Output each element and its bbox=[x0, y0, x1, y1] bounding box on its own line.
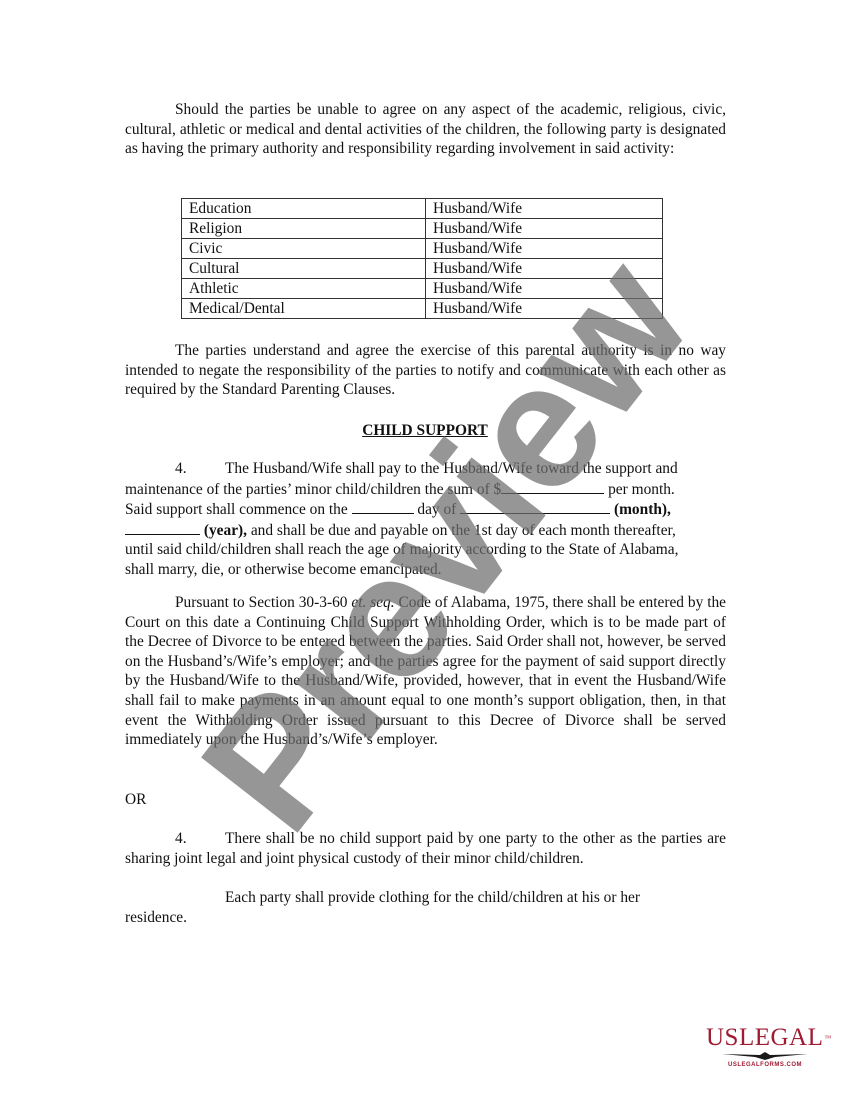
month-blank-field[interactable] bbox=[460, 499, 610, 514]
support-line-text: Said support shall commence on the bbox=[125, 501, 352, 518]
amount-blank-field[interactable] bbox=[501, 479, 604, 494]
logo-url: USLEGALFORMS.COM bbox=[706, 1061, 824, 1069]
day-blank-field[interactable] bbox=[352, 499, 414, 514]
et-seq-italic: et. seq. bbox=[351, 594, 394, 611]
logo-brand-text: USLEGAL™ bbox=[706, 1025, 824, 1051]
table-row: Medical/DentalHusband/Wife bbox=[182, 299, 663, 319]
clothing-paragraph: Each party shall provide clothing for th… bbox=[125, 888, 685, 927]
table-row: AthleticHusband/Wife bbox=[182, 279, 663, 299]
activity-cell: Education bbox=[182, 199, 426, 219]
trademark-symbol: ™ bbox=[824, 1034, 831, 1042]
party-cell: Husband/Wife bbox=[426, 199, 663, 219]
year-blank-field[interactable] bbox=[125, 520, 200, 535]
document-page: Should the parties be unable to agree on… bbox=[0, 0, 850, 1100]
activity-cell: Medical/Dental bbox=[182, 299, 426, 319]
logo-brand: USLEGAL bbox=[706, 1024, 823, 1051]
section-heading-child-support: CHILD SUPPORT bbox=[0, 421, 850, 441]
party-cell: Husband/Wife bbox=[426, 279, 663, 299]
or-separator: OR bbox=[125, 790, 146, 810]
table-row: ReligionHusband/Wife bbox=[182, 219, 663, 239]
party-cell: Husband/Wife bbox=[426, 259, 663, 279]
no-support-paragraph: 4.There shall be no child support paid b… bbox=[125, 829, 726, 868]
intro-paragraph: Should the parties be unable to agree on… bbox=[125, 100, 726, 159]
party-cell: Husband/Wife bbox=[426, 219, 663, 239]
authority-paragraph: The parties understand and agree the exe… bbox=[125, 341, 726, 400]
support-paragraph: 4.The Husband/Wife shall pay to the Husb… bbox=[125, 459, 743, 580]
activity-cell: Cultural bbox=[182, 259, 426, 279]
support-line-text: and shall be due and payable on the 1st … bbox=[247, 522, 676, 539]
month-label: (month), bbox=[610, 501, 671, 518]
support-line-text: until said child/children shall reach th… bbox=[125, 540, 743, 560]
activity-authority-table: EducationHusband/WifeReligionHusband/Wif… bbox=[181, 198, 663, 319]
withholding-text: Code of Alabama, 1975, there shall be en… bbox=[125, 594, 726, 748]
uslegal-logo[interactable]: USLEGAL™ USLEGALFORMS.COM bbox=[706, 1025, 824, 1069]
table-row: CulturalHusband/Wife bbox=[182, 259, 663, 279]
party-cell: Husband/Wife bbox=[426, 299, 663, 319]
support-line-text: maintenance of the parties’ minor child/… bbox=[125, 481, 501, 498]
withholding-text: Pursuant to Section 30-3-60 bbox=[175, 594, 351, 611]
withholding-paragraph: Pursuant to Section 30-3-60 et. seq. Cod… bbox=[125, 593, 726, 750]
paragraph-number: 4. bbox=[175, 829, 225, 849]
party-cell: Husband/Wife bbox=[426, 239, 663, 259]
activity-cell: Athletic bbox=[182, 279, 426, 299]
eagle-wings-icon bbox=[720, 1051, 810, 1061]
paragraph-number: 4. bbox=[175, 459, 225, 479]
table-row: EducationHusband/Wife bbox=[182, 199, 663, 219]
year-label: (year), bbox=[200, 522, 247, 539]
support-line-text: day of bbox=[414, 501, 461, 518]
support-line-text: shall marry, die, or otherwise become em… bbox=[125, 560, 743, 580]
support-line-text: The Husband/Wife shall pay to the Husban… bbox=[225, 460, 678, 477]
support-line-text: per month. bbox=[604, 481, 675, 498]
activity-cell: Religion bbox=[182, 219, 426, 239]
table-row: CivicHusband/Wife bbox=[182, 239, 663, 259]
activity-cell: Civic bbox=[182, 239, 426, 259]
